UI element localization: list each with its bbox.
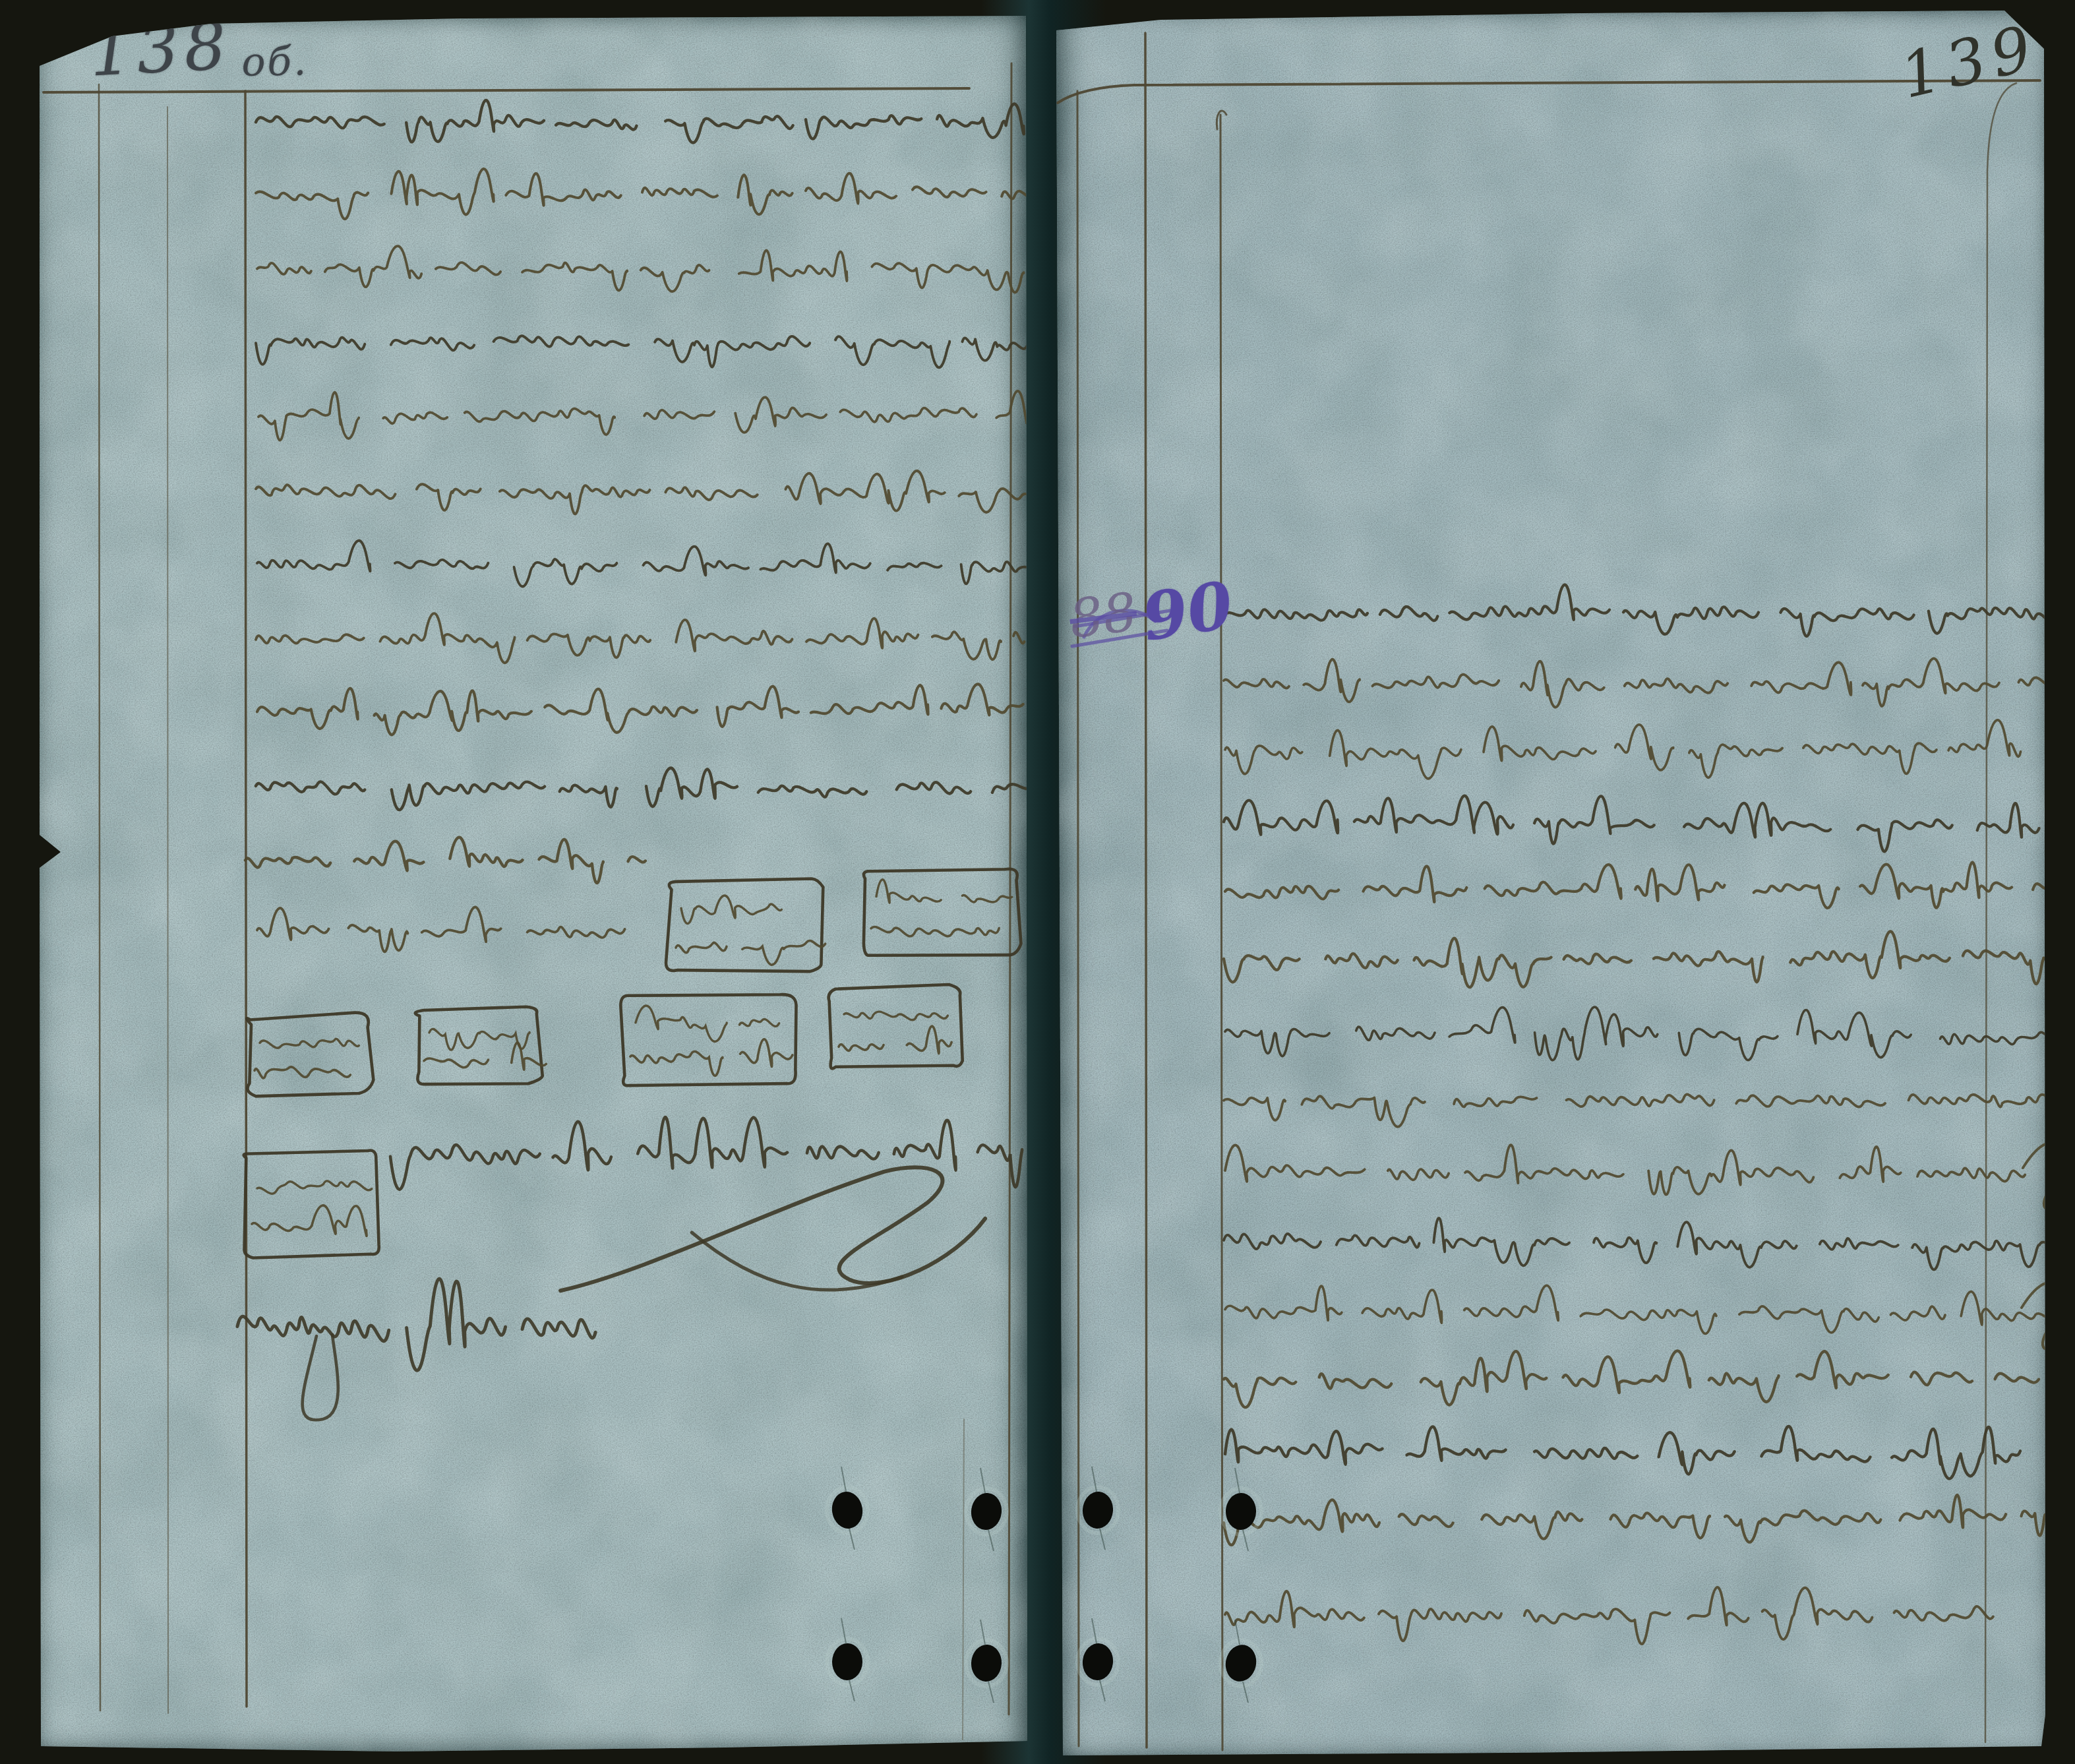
paper-texture [1055,9,2048,1758]
left-page: 138об. [38,15,1027,1751]
entry-number-note: 88 90 [1069,574,1232,650]
right-page-handwriting-layer [1055,9,2048,1758]
left-folio-suffix: об. [241,42,309,82]
left-page-handwriting-layer [38,15,1027,1751]
right-page: 139 88 90 [1055,9,2048,1758]
left-folio-label: 138об. [88,9,309,86]
manuscript-scan: 138об. 139 88 90 [0,0,2075,1764]
crossed-out-number: 88 [1066,581,1140,650]
left-folio-number: 138 [88,7,233,91]
entry-number: 90 [1137,567,1238,656]
